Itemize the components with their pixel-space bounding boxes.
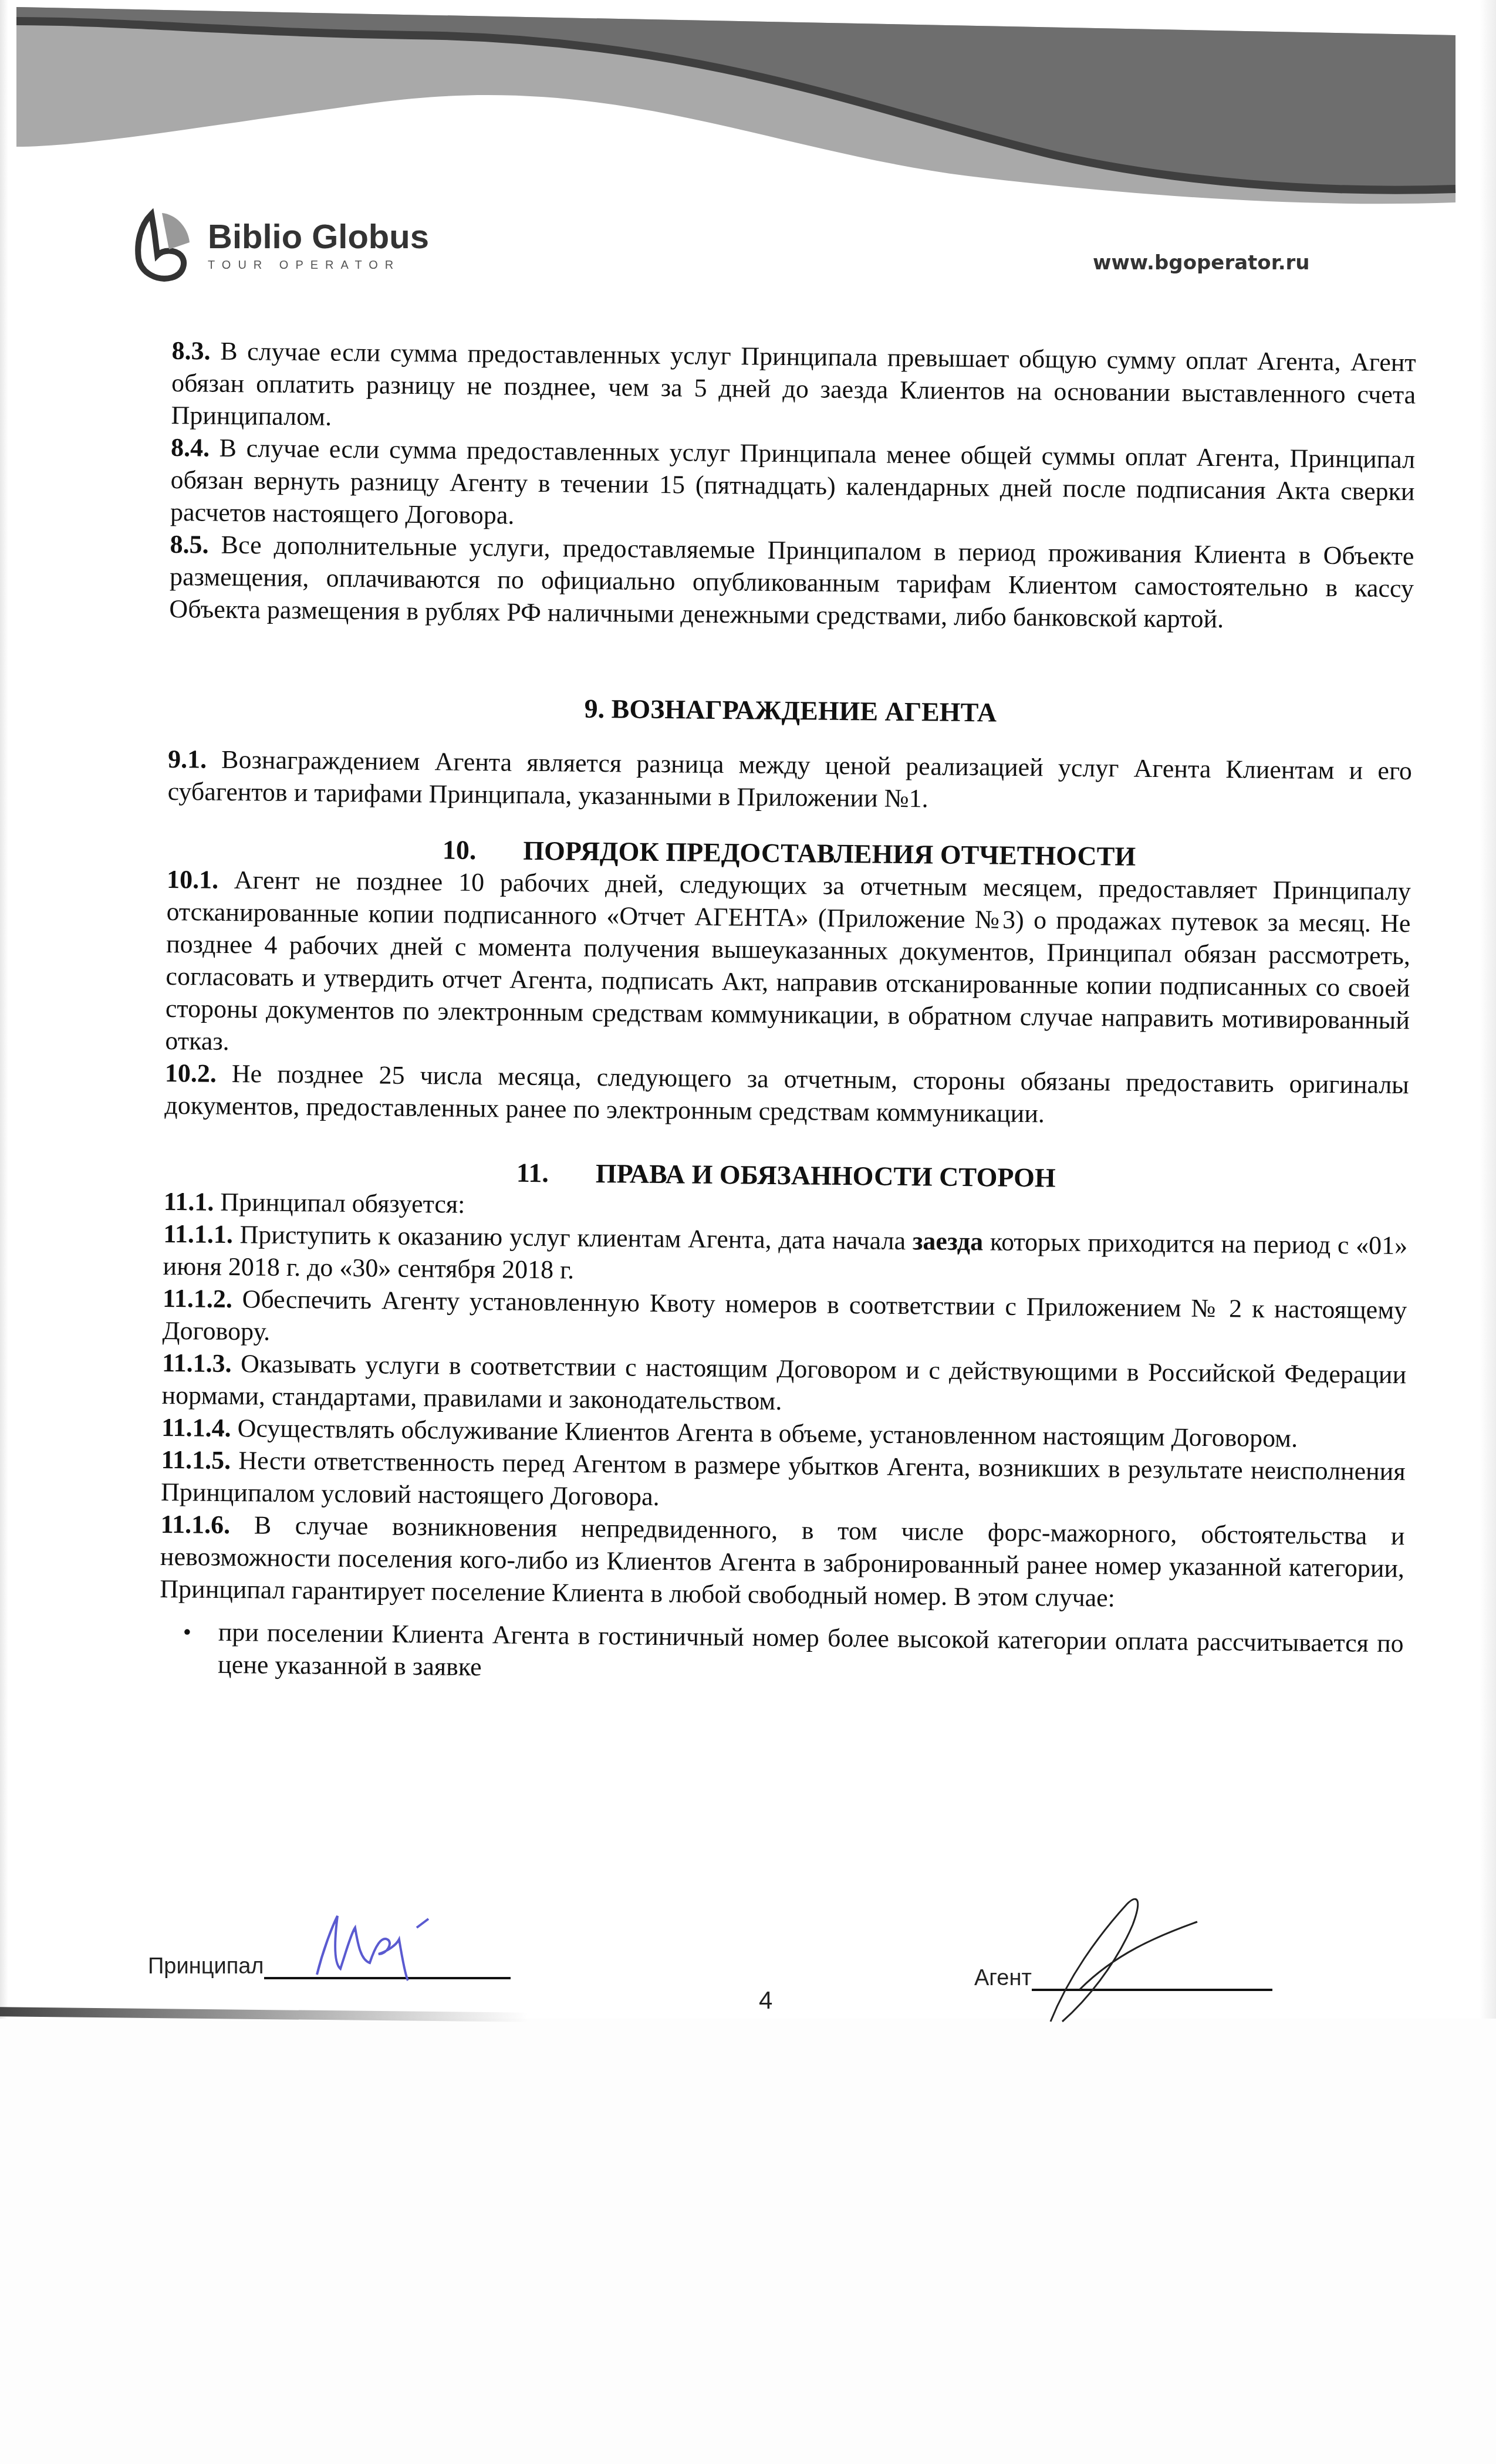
- clause-number: 11.1.6.: [160, 1510, 230, 1539]
- clause-11-1-2: 11.1.2. Обеспечить Агенту установленную …: [162, 1282, 1407, 1358]
- clause-text: В случае если сумма предоставленных услу…: [171, 337, 1416, 431]
- clause-10-2: 10.2. Не позднее 25 числа месяца, следую…: [164, 1057, 1409, 1133]
- header-wave-graphic: [0, 0, 1496, 223]
- logo-subtitle: TOUR OPERATOR: [208, 259, 429, 272]
- scan-shadow: [0, 2007, 528, 2022]
- clause-8-5: 8.5. Все дополнительные услуги, предоста…: [169, 528, 1414, 637]
- scan-edge-right: [1480, 0, 1496, 2019]
- section-heading-9: 9. ВОЗНАГРАЖДЕНИЕ АГЕНТА: [168, 688, 1413, 732]
- clause-text: В случае если сумма предоставленных услу…: [170, 434, 1415, 530]
- clause-text: Обеспечить Агенту установленную Квоту но…: [162, 1285, 1407, 1346]
- bullet-list-item: • при поселении Клиента Агента в гостини…: [159, 1615, 1404, 1692]
- clause-text: Оказывать услуги в соответствии с настоя…: [161, 1349, 1406, 1415]
- heading-number: 10.: [443, 833, 477, 866]
- clause-number: 11.1.: [164, 1187, 214, 1216]
- principal-signature-icon: [305, 1904, 446, 1986]
- heading-text: ПРАВА И ОБЯЗАННОСТИ СТОРОН: [596, 1158, 1056, 1193]
- clause-text: Нести ответственность перед Агентом в ра…: [161, 1446, 1406, 1511]
- clause-text: Приступить к оказанию услуг клиентам Аге…: [239, 1220, 906, 1255]
- clause-11-1-3: 11.1.3. Оказывать услуги в соответствии …: [161, 1347, 1406, 1423]
- clause-9-1: 9.1. Вознаграждением Агента является раз…: [167, 743, 1412, 819]
- clause-text: Не позднее 25 числа месяца, следующего з…: [164, 1059, 1409, 1128]
- clause-text: Все дополнительные услуги, предоставляем…: [169, 530, 1414, 633]
- clause-number: 8.5.: [170, 530, 208, 559]
- heading-number: 11.: [516, 1157, 549, 1189]
- clause-text: Принципал обязуется:: [220, 1188, 465, 1219]
- clause-number: 10.1.: [167, 865, 218, 894]
- scan-edge-left: [0, 0, 8, 2019]
- clause-emphasis: заезда: [913, 1226, 984, 1256]
- clause-number: 8.4.: [171, 433, 210, 462]
- clause-11-1-6: 11.1.6. В случае возникновения непредвид…: [160, 1508, 1404, 1617]
- document-page: Biblio Globus TOUR OPERATOR www.bgoperat…: [0, 0, 1496, 2019]
- contract-body: 8.3. В случае если сумма предоставленных…: [159, 334, 1416, 1692]
- clause-number: 8.3.: [172, 336, 211, 366]
- page-number: 4: [759, 1986, 772, 2015]
- clause-11-1-5: 11.1.5. Нести ответственность перед Аген…: [161, 1444, 1406, 1520]
- clause-number: 10.2.: [165, 1059, 217, 1088]
- clause-8-3: 8.3. В случае если сумма предоставленных…: [171, 334, 1416, 443]
- website-url: www.bgoperator.ru: [1093, 251, 1310, 275]
- company-logo: Biblio Globus TOUR OPERATOR: [134, 208, 429, 283]
- agent-label: Агент: [974, 1966, 1032, 1990]
- clause-text: Агент не позднее 10 рабочих дней, следую…: [165, 866, 1411, 1056]
- heading-text: ПОРЯДОК ПРЕДОСТАВЛЕНИЯ ОТЧЕТНОСТИ: [523, 836, 1136, 871]
- clause-8-4: 8.4. В случае если сумма предоставленных…: [170, 431, 1415, 540]
- bullet-icon: •: [159, 1615, 218, 1681]
- logo-name: Biblio Globus: [208, 220, 429, 254]
- agent-signature-icon: [1045, 1890, 1209, 2024]
- clause-text: В случае возникновения непредвиденного, …: [160, 1510, 1404, 1612]
- clause-10-1: 10.1. Агент не позднее 10 рабочих дней, …: [165, 863, 1411, 1069]
- clause-number: 11.1.4.: [161, 1413, 231, 1442]
- clause-number: 11.1.1.: [163, 1219, 233, 1249]
- biblio-globus-logo-icon: [134, 208, 193, 283]
- principal-label: Принципал: [148, 1954, 264, 1979]
- clause-number: 11.1.5.: [161, 1445, 231, 1475]
- clause-number: 9.1.: [168, 745, 207, 774]
- clause-number: 11.1.2.: [163, 1284, 232, 1313]
- bullet-text: при поселении Клиента Агента в гостиничн…: [218, 1616, 1404, 1692]
- clause-text: Вознаграждением Агента является разница …: [167, 745, 1412, 813]
- clause-number: 11.1.3.: [162, 1348, 232, 1378]
- clause-11-1-1: 11.1.1. Приступить к оказанию услуг клие…: [163, 1218, 1407, 1294]
